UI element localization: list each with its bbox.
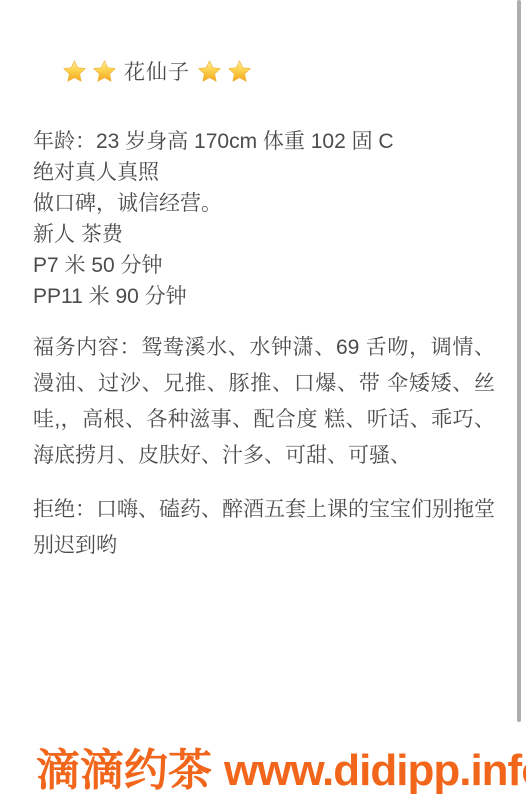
watermark-brand: 滴滴约茶 — [36, 734, 212, 798]
info-line-age: 年龄：23 岁身高 170cm 体重 102 固 C — [33, 126, 495, 157]
info-line-newcomer-fee: 新人 茶费 — [33, 219, 495, 250]
post-page: 花仙子 年龄：23 岁身高 170cm 体重 102 固 C 绝对真人真照 做口… — [0, 0, 526, 800]
glowing-star-icon — [227, 59, 252, 84]
info-line-reputation: 做口碑，诚信经营。 — [33, 188, 495, 219]
scrollbar-thumb[interactable] — [517, 0, 521, 722]
services-paragraph: 福务内容：鸳鸯溪水、水钟潇、69 舌吻，调情、漫油、过沙、兄推、豚推、口爆、带 … — [33, 330, 495, 474]
info-line-price-1: P7 米 50 分钟 — [33, 250, 495, 281]
refuse-paragraph: 拒绝：口嗨、磕药、醉酒五套上课的宝宝们别拖堂别迟到哟 — [33, 492, 495, 564]
glowing-star-icon — [92, 59, 117, 84]
watermark-url: www.didipp.info — [224, 746, 526, 796]
glowing-star-icon — [197, 59, 222, 84]
post-title-text: 花仙子 — [124, 56, 190, 86]
watermark: 滴滴约茶 www.didipp.info — [36, 734, 526, 798]
info-line-real-photo: 绝对真人真照 — [33, 157, 495, 188]
info-line-price-2: PP11 米 90 分钟 — [33, 281, 495, 312]
info-block: 年龄：23 岁身高 170cm 体重 102 固 C 绝对真人真照 做口碑，诚信… — [33, 126, 495, 312]
post-title: 花仙子 — [62, 56, 252, 86]
glowing-star-icon — [62, 59, 87, 84]
